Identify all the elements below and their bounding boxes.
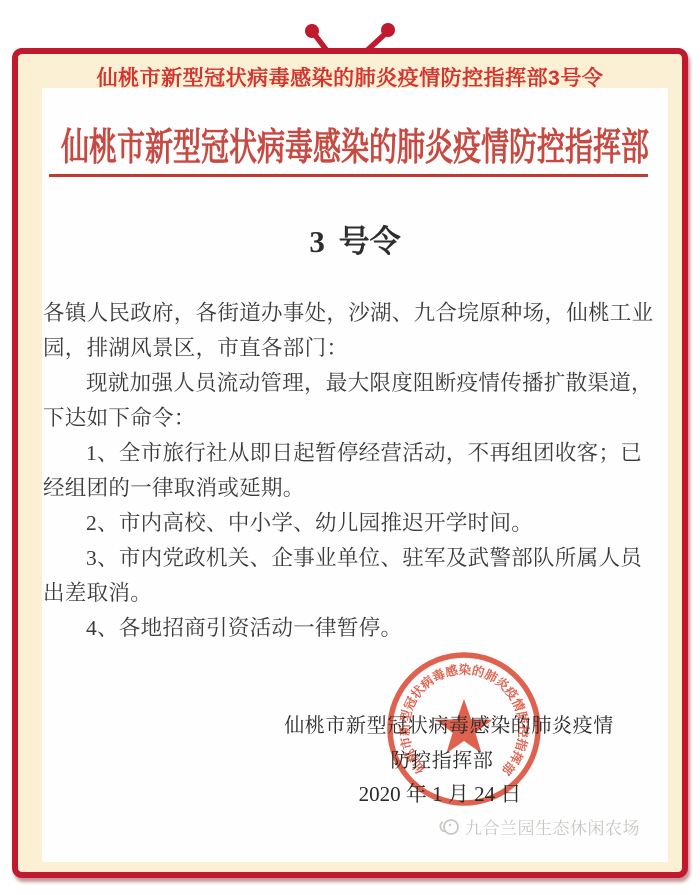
page: 仙桃市新型冠状病毒感染的肺炎疫情防控指挥部3号令 仙桃市新型冠状病毒感染的肺炎疫… xyxy=(0,0,700,895)
body-line: 出差取消。 xyxy=(43,576,667,611)
watermark-label: 九合兰园生态休闲农场 xyxy=(465,814,640,839)
order-number-title: 3 号令 xyxy=(42,216,668,261)
document-date: 2020 年 1 月 24 日 xyxy=(359,778,522,808)
signature-line-2: 防控指挥部 xyxy=(391,744,494,773)
watermark: 九合兰园生态休闲农场 xyxy=(438,814,640,839)
body-line: 经组团的一律取消或延期。 xyxy=(43,471,667,506)
farm-logo-icon xyxy=(438,817,460,837)
body-line: 下达如下命令： xyxy=(43,401,667,436)
document-body: 各镇人民政府，各街道办事处，沙湖、九合垸原种场，仙桃工业园，排湖风景区，市直各部… xyxy=(43,296,667,646)
body-line: 各镇人民政府，各街道办事处，沙湖、九合垸原种场，仙桃工业 xyxy=(43,296,667,331)
header-rule xyxy=(49,174,648,177)
document-header: 仙桃市新型冠状病毒感染的肺炎疫情防控指挥部 xyxy=(42,118,668,172)
body-line: 2、市内高校、中小学、幼儿园推迟开学时间。 xyxy=(43,506,667,541)
signature-line-1: 仙桃市新型冠状病毒感染的肺炎疫情 xyxy=(284,709,614,738)
body-line: 1、全市旅行社从即日起暂停经营活动，不再组团收客；已 xyxy=(43,436,667,471)
body-line: 4、各地招商引资活动一律暂停。 xyxy=(43,611,667,646)
document-sheet: 仙桃市新型冠状病毒感染的肺炎疫情防控指挥部 3 号令 各镇人民政府，各街道办事处… xyxy=(42,88,668,862)
body-line: 园，排湖风景区，市直各部门： xyxy=(43,331,667,366)
body-line: 现就加强人员流动管理，最大限度阻断疫情传播扩散渠道， xyxy=(43,366,667,401)
body-line: 3、市内党政机关、企事业单位、驻军及武警部队所属人员 xyxy=(43,541,667,576)
